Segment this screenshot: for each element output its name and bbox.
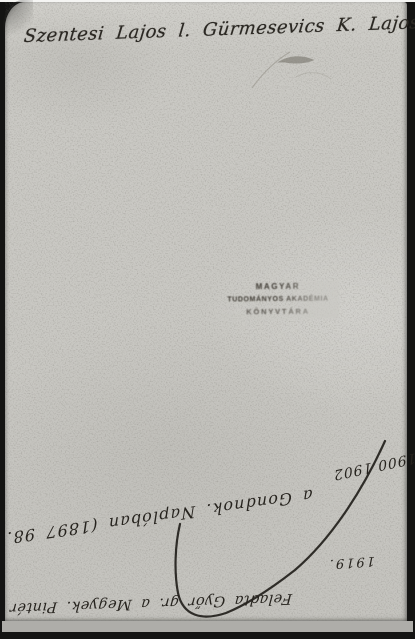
stamp-fade-lower [217,300,339,320]
photo-frame: Szentesi Lajos l. Gürmesevics K. Lajos M… [0,0,415,639]
library-stamp: MAGYAR TUDOMÁNYOS AKADÉMIA KÖNYVTÁRA [221,281,335,319]
scan-bottom-band [2,621,413,632]
